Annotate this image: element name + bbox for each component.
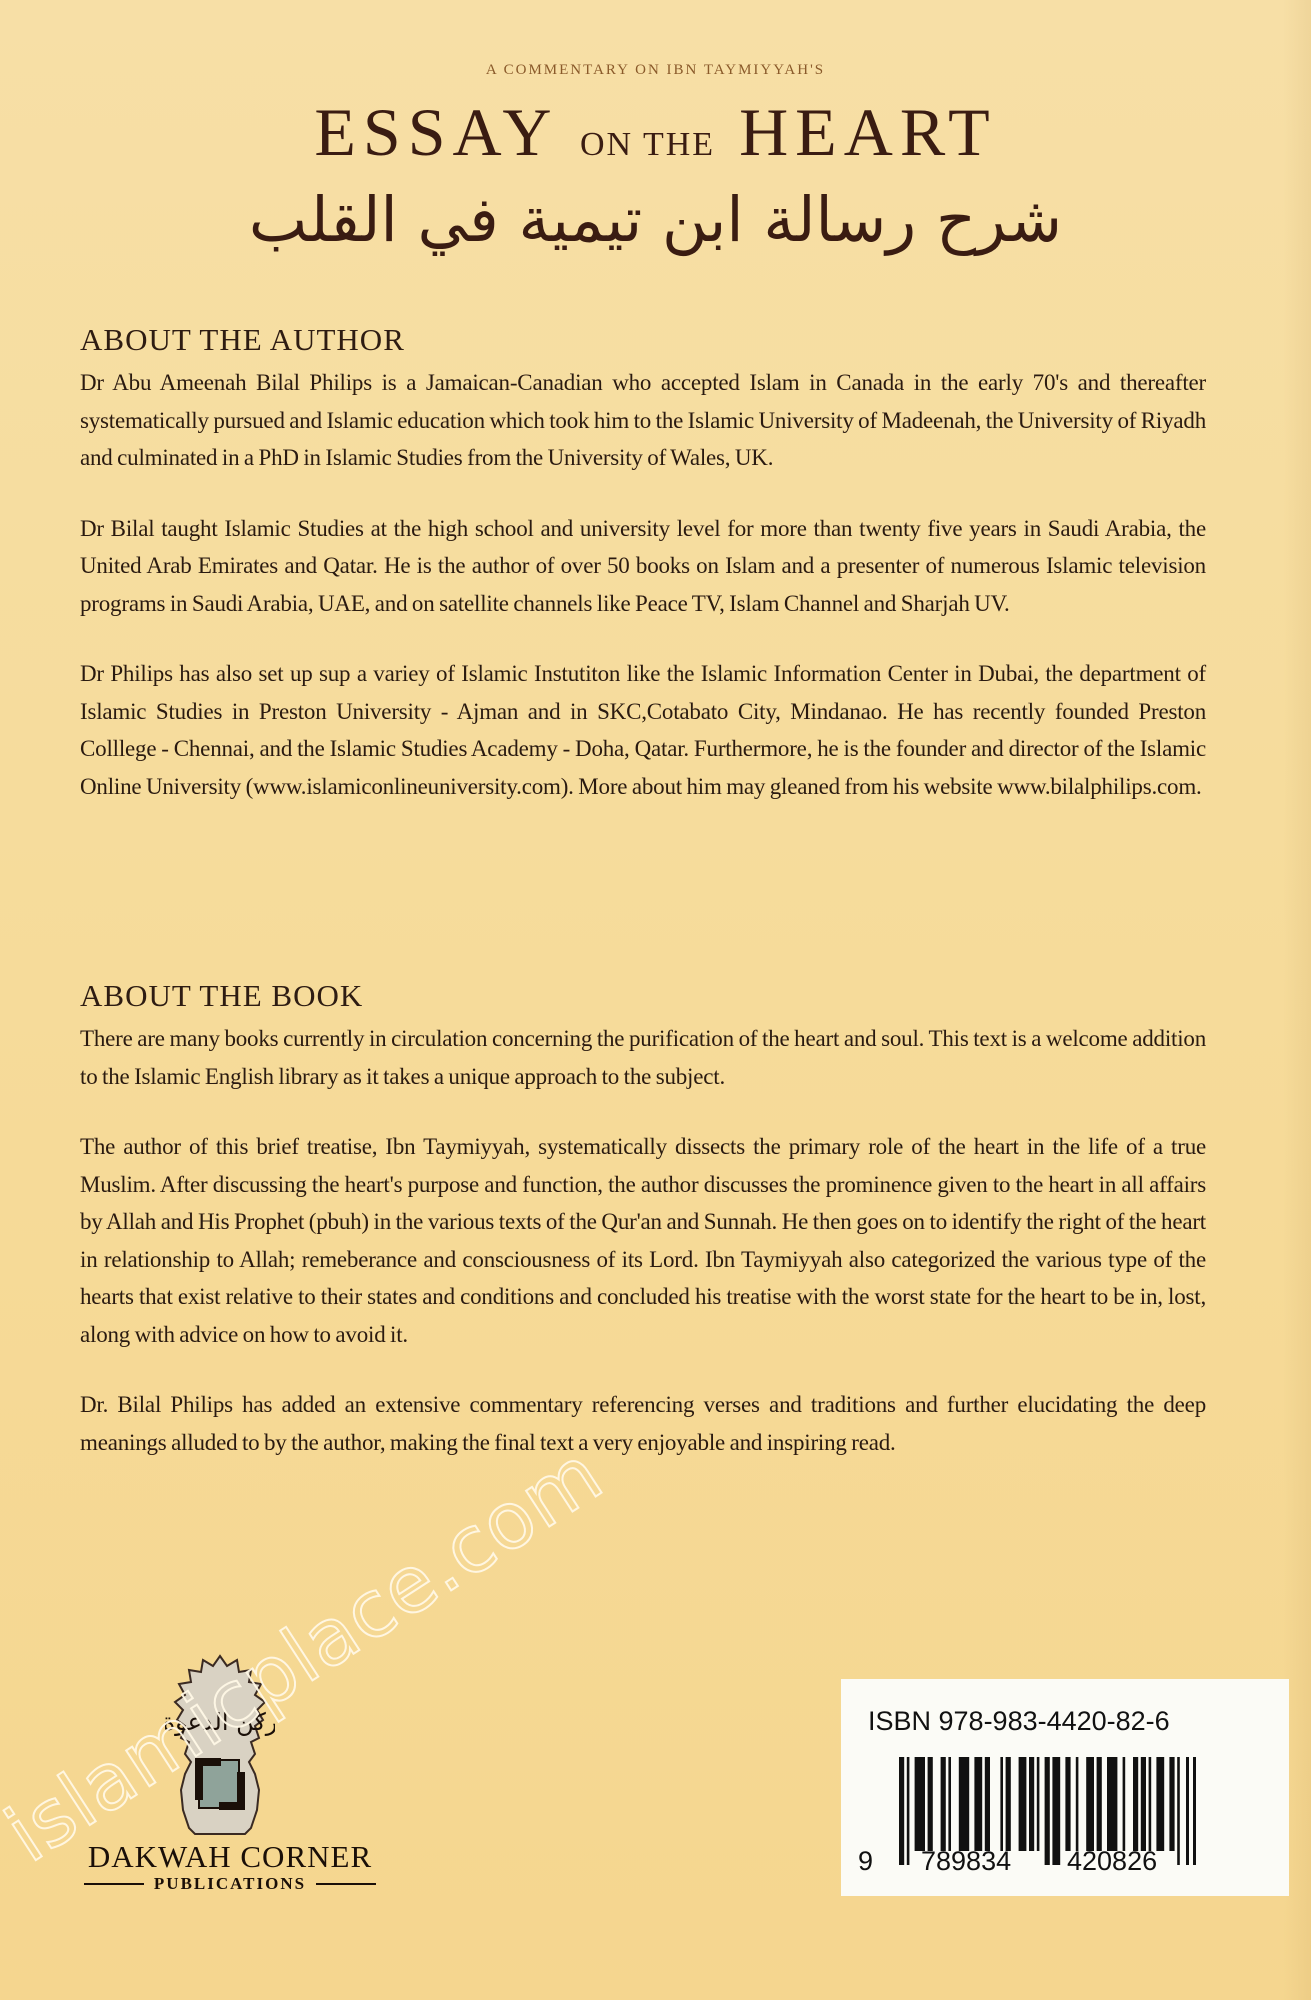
about-book-heading: ABOUT THE BOOK [80,978,1206,1014]
book-paragraph: Dr. Bilal Philips has added an extensive… [80,1386,1206,1461]
divider [84,1883,144,1885]
watermark: islamicplace.com [0,1429,618,1880]
divider [316,1883,376,1885]
publisher-mark: DAKWAH CORNER PUBLICATIONS [60,1840,400,1894]
barcode-icon [841,1679,1289,1896]
about-book-section: ABOUT THE BOOK There are many books curr… [80,978,1206,1461]
author-paragraph: Dr Philips has also set up sup a variey … [80,655,1206,805]
cover-subtitle: A COMMENTARY ON IBN TAYMIYYAH'S [0,62,1311,79]
barcode-digits-right: 420826 [1067,1846,1157,1877]
about-author-heading: ABOUT THE AUTHOR [80,322,1206,358]
author-paragraph: Dr Bilal taught Islamic Studies at the h… [80,510,1206,623]
book-paragraph: The author of this brief treatise, Ibn T… [80,1128,1206,1353]
title-on-the: ON THE [580,126,715,163]
publisher-sub: PUBLICATIONS [60,1874,400,1894]
author-paragraph: Dr Abu Ameenah Bilal Philips is a Jamaic… [80,364,1206,477]
title-heart: HEART [739,94,997,170]
publisher-sub-label: PUBLICATIONS [154,1874,306,1894]
arabic-title: شرح رسالة ابن تيمية في القلب [0,170,1311,270]
barcode-digit-first: 9 [858,1846,873,1877]
about-author-section: ABOUT THE AUTHOR Dr Abu Ameenah Bilal Ph… [80,322,1206,805]
isbn-barcode-label: ISBN 978-983-4420-82-6 9 789834 420826 [841,1679,1289,1896]
book-paragraph: There are many books currently in circul… [80,1020,1206,1095]
publisher-name: DAKWAH CORNER [60,1840,400,1874]
barcode-digits-left: 789834 [921,1846,1011,1877]
title-essay: ESSAY [314,94,556,170]
